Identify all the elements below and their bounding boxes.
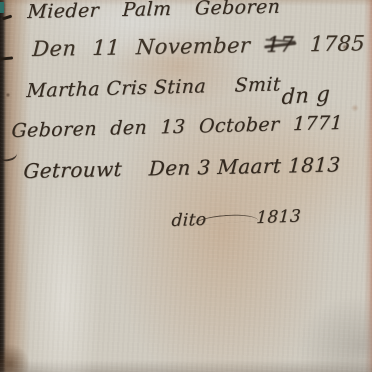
handwriting-line-1: Mieder Palm Geboren: [27, 0, 281, 23]
handwriting-line-5: Getrouwt Den 3 Maart 1813: [23, 152, 341, 183]
left-edge-ink-dash: [0, 56, 13, 60]
left-edge-ink-dash: [2, 15, 12, 20]
line-5-word: Getrouwt: [23, 157, 123, 183]
line-5-date: Den 3 Maart 1813: [148, 152, 341, 180]
margin-note: dn g: [281, 82, 330, 110]
line-3-surname: Smit: [234, 73, 281, 96]
manuscript-photo: Mieder Palm Geboren Den 11 November 17 1…: [0, 0, 372, 372]
handwriting-line-2: Den 11 November 17 1785: [32, 31, 366, 61]
left-edge-ink-flourish: [0, 148, 18, 163]
line-2-struck-number: 17: [266, 32, 295, 57]
line-2-year: 1785: [309, 31, 365, 56]
corner-teal-speck: [0, 2, 4, 13]
line-2-date-text: Den 11 November: [32, 33, 251, 61]
line-3-name: Martha Cris Stina: [26, 75, 207, 102]
handwriting-line-3: Martha Cris Stina Smit: [26, 73, 281, 102]
handwriting-line-4: Geboren den 13 October 1771: [11, 112, 343, 142]
line-6-year: 1813: [256, 206, 302, 228]
